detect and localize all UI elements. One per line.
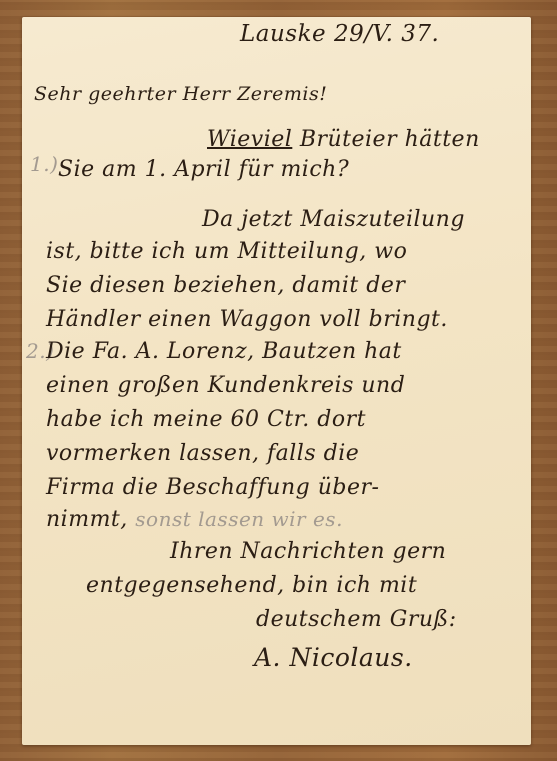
body-line-15: deutschem Gruß: [256, 607, 457, 632]
body-line-2: Sie am 1. April für mich? [58, 157, 349, 182]
body-line-14: entgegensehend, bin ich mit [86, 573, 417, 598]
body-line-5: Sie diesen beziehen, damit der [46, 273, 405, 298]
body-line-1: Wieviel Brüteier hätten [207, 127, 480, 152]
signature: A. Nicolaus. [254, 643, 413, 672]
handwritten-postcard: Lauske 29/V. 37. Sehr geehrter Herr Zere… [22, 17, 531, 745]
underlined-word: Wieviel [207, 127, 292, 152]
body-line-12-ink: nimmt, [46, 507, 128, 532]
place-date: Lauske 29/V. 37. [240, 21, 439, 47]
pencil-addition: sonst lassen wir es. [135, 507, 343, 531]
body-line-10: vormerken lassen, falls die [46, 441, 359, 466]
body-line-11: Firma die Beschaffung über- [46, 475, 379, 500]
salutation: Sehr geehrter Herr Zeremis! [34, 83, 327, 105]
body-line-8: einen großen Kundenkreis und [46, 373, 405, 398]
body-line-12: nimmt, sonst lassen wir es. [46, 507, 343, 532]
body-line-4: ist, bitte ich um Mitteilung, wo [46, 239, 407, 264]
body-line-6: Händler einen Waggon voll bringt. [46, 307, 448, 332]
body-line-3: Da jetzt Maiszuteilung [202, 207, 465, 232]
body-line-7: Die Fa. A. Lorenz, Bautzen hat [46, 339, 402, 364]
body-line-13: Ihren Nachrichten gern [170, 539, 446, 564]
body-line-1-rest: Brüteier hätten [300, 127, 480, 152]
margin-note-1: 1.) [30, 152, 58, 176]
body-line-9: habe ich meine 60 Ctr. dort [46, 407, 366, 432]
